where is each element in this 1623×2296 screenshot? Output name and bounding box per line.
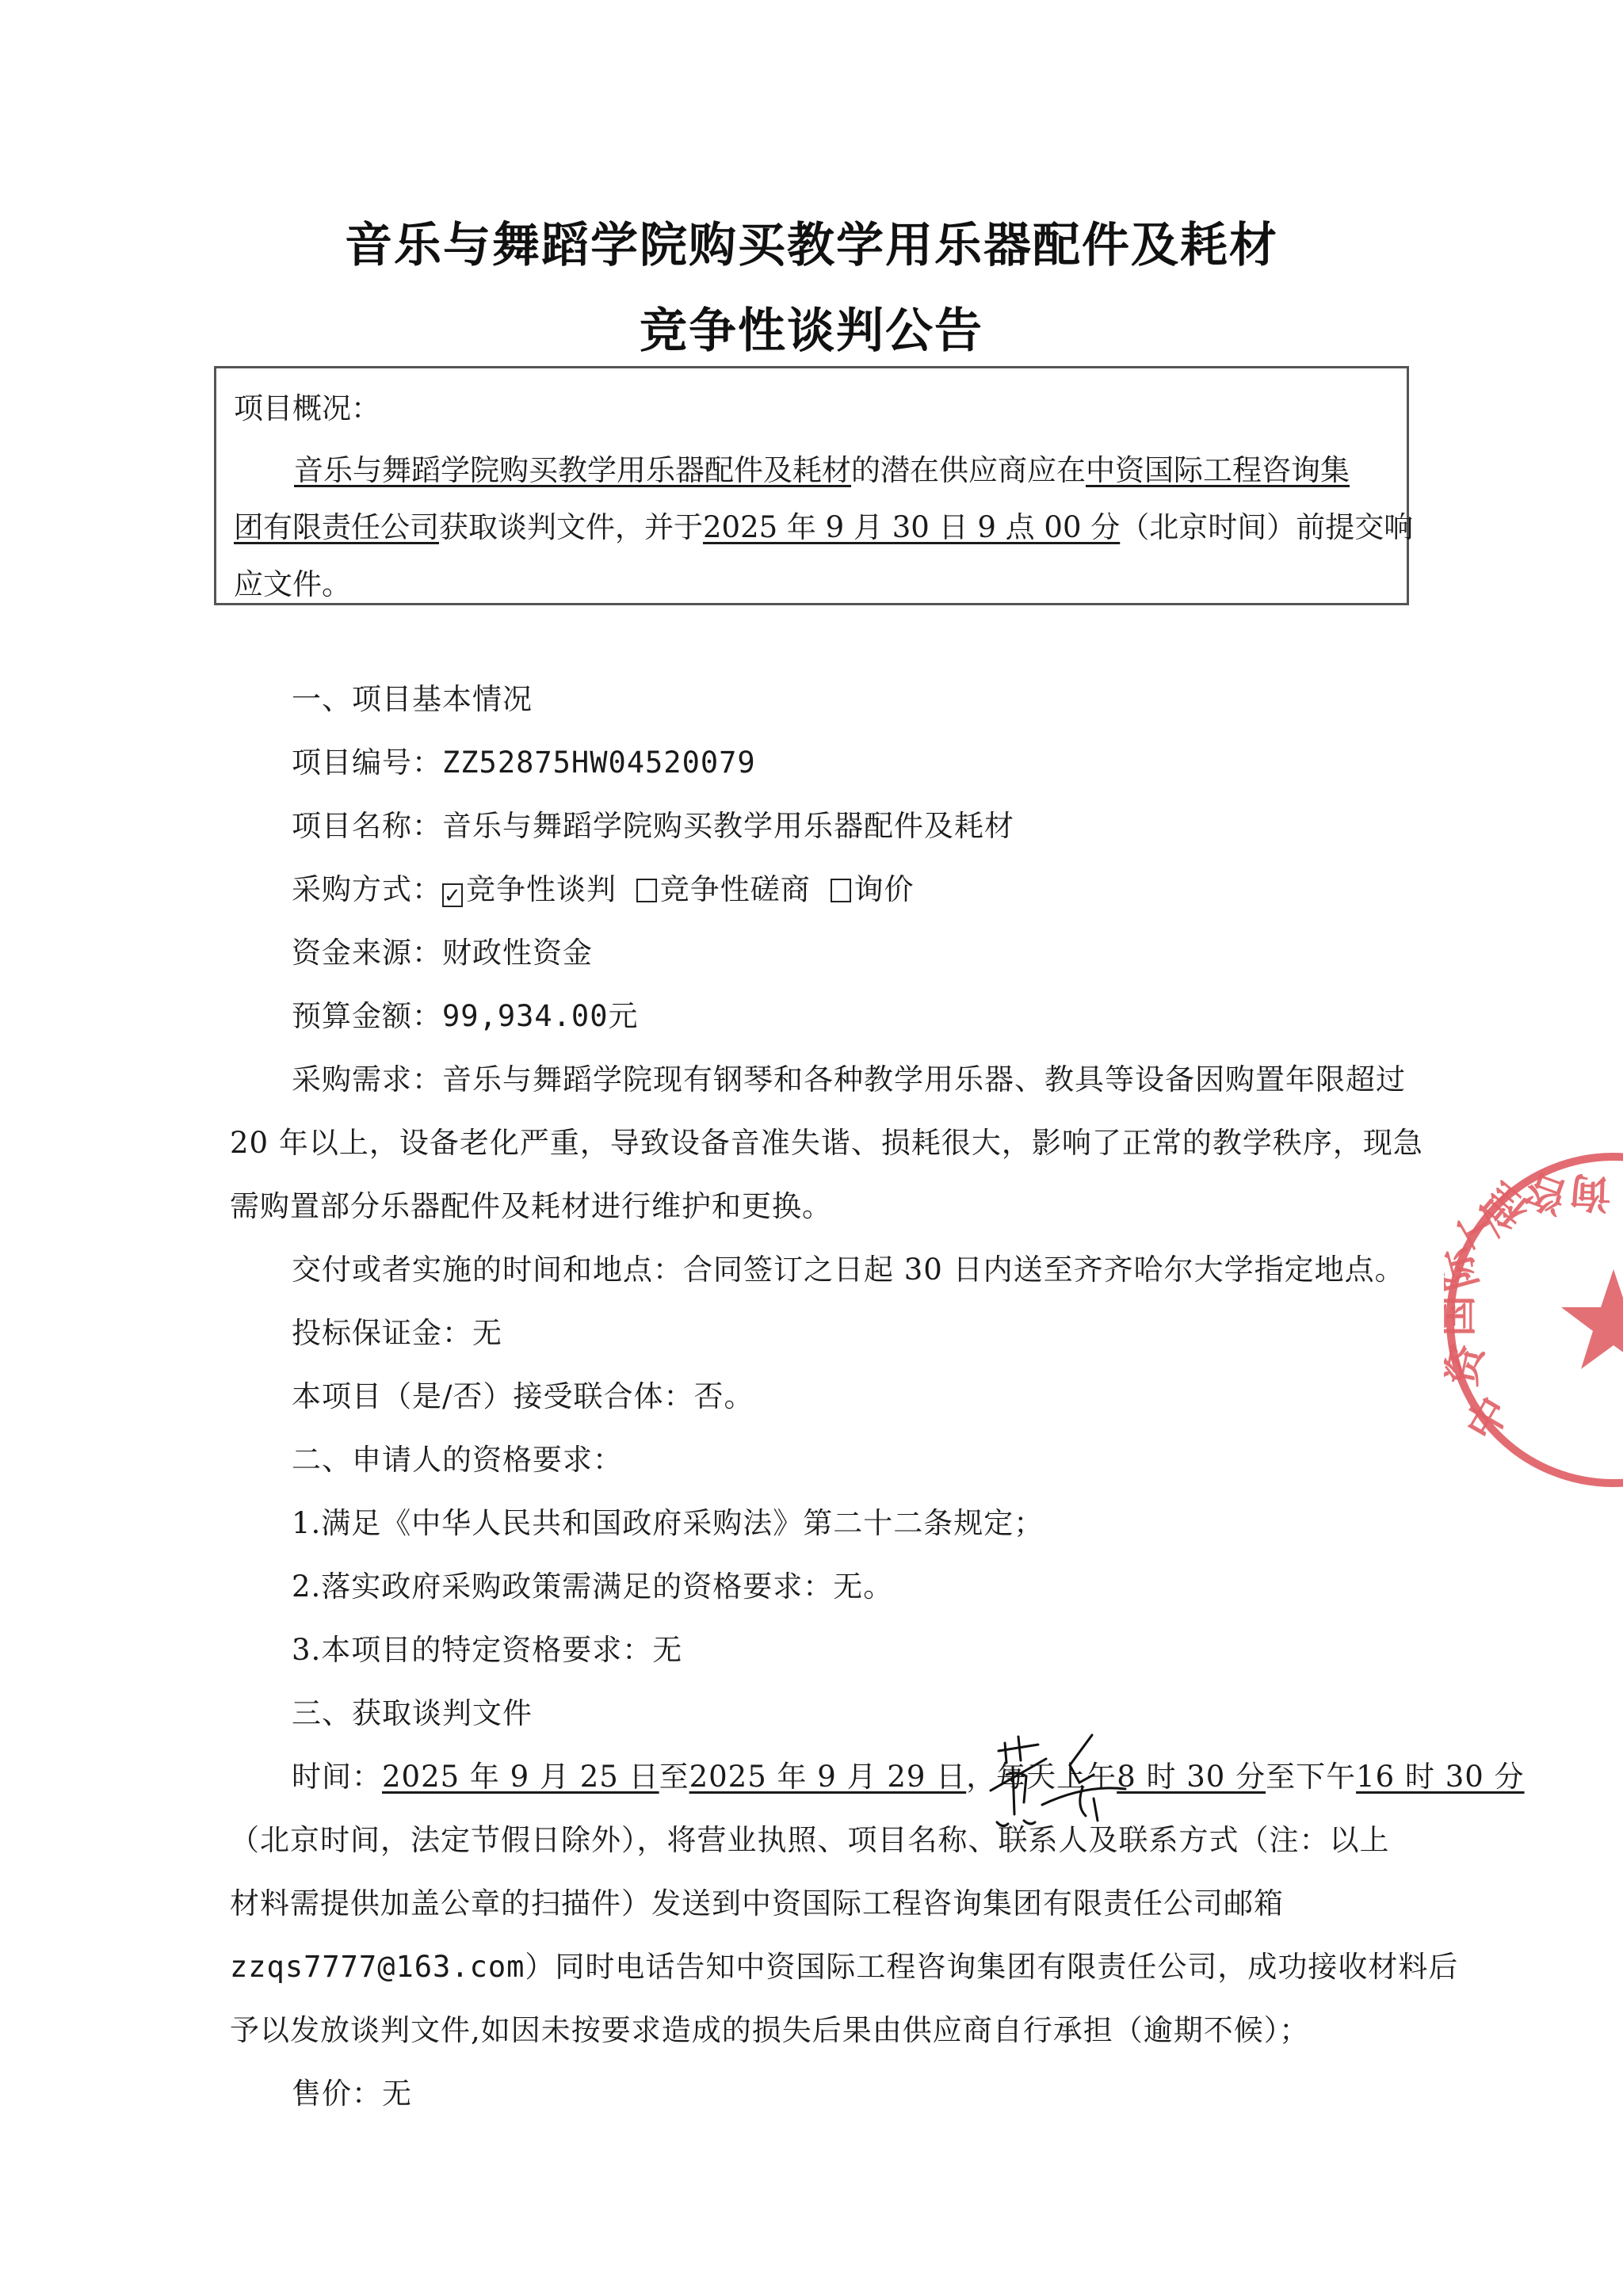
budget-label: 预算金额： [292,999,442,1033]
acquisition-line-4: zzqs7777@163.com）同时电话告知中资国际工程咨询集团有限责任公司，… [230,1943,1458,1985]
fund-source-value: 财政性资金 [442,936,593,970]
svg-text:资: 资 [1444,1339,1493,1390]
overview-line-1: 音乐与舞蹈学院购买教学用乐器配件及耗材的潜在供应商应在中资国际工程咨询集 [294,446,1350,489]
qualification-item-3: 3.本项目的特定资格要求：无 [292,1626,682,1669]
acquisition-line-3: 材料需提供加盖公章的扫描件）发送到中资国际工程咨询集团有限责任公司邮箱 [230,1879,1284,1922]
method-option-negotiation: 竞争性谈判 [466,872,617,906]
acquisition-time-row: 时间：2025 年 9 月 25 日至2025 年 9 月 29 日，每天上午8… [292,1753,1525,1795]
price-row: 售价：无 [292,2069,412,2112]
budget-unit: 元 [608,999,638,1033]
overview-line-3: 应文件。 [234,560,351,603]
date-to: 2025 年 9 月 29 日 [689,1760,967,1794]
qualification-item-1: 1.满足《中华人民共和国政府采购法》第二十二条规定； [292,1499,1044,1542]
qualification-item-2: 2.落实政府采购政策需满足的资格要求：无。 [292,1562,893,1605]
section2-heading: 二、申请人的资格要求： [292,1436,623,1478]
overview-text: 获取谈判文件，并于 [439,510,703,544]
procurement-method-row: 采购方式：✓竞争性谈判 竞争性磋商 询价 [292,865,915,908]
section3-heading: 三、获取谈判文件 [292,1689,533,1732]
handwritten-signature-icon [983,1727,1141,1838]
method-option-consultation: 竞争性磋商 [660,872,811,906]
overview-agency-cont: 团有限责任公司 [234,510,439,544]
overview-text: 的潜在供应商应在 [851,453,1086,487]
project-name-value: 音乐与舞蹈学院购买教学用乐器配件及耗材 [442,809,1014,843]
fund-source-label: 资金来源： [292,936,442,970]
acquisition-line-2: （北京时间，法定节假日除外），将营业执照、项目名称、联系人及联系方式（注：以上 [230,1816,1390,1859]
checkbox-checked-icon: ✓ [442,883,463,907]
requirement-line-2: 20 年以上，设备老化严重，导致设备音准失谐、损耗很大，影响了正常的教学秩序，现… [230,1119,1423,1161]
checkbox-empty-icon [636,879,657,902]
project-number-row: 项目编号：ZZ52875HW04520079 [292,738,756,781]
consortium-row: 本项目（是/否）接受联合体：否。 [292,1372,754,1415]
procurement-method-label: 采购方式： [292,872,442,906]
overview-text: （北京时间）前提交响 [1120,510,1413,544]
budget-row: 预算金额：99,934.00元 [292,992,638,1035]
svg-text:询: 询 [1569,1167,1612,1216]
date-from: 2025 年 9 月 25 日 [382,1760,659,1794]
overview-deadline: 2025 年 9 月 30 日 9 点 00 分 [703,510,1120,544]
fund-source-row: 资金来源：财政性资金 [292,929,593,971]
overview-agency: 中资国际工程咨询集 [1086,453,1350,487]
company-seal-icon: 中 资 国 际 工 程 咨 询 [1444,1150,1623,1489]
requirement-line-1: 采购需求：音乐与舞蹈学院现有钢琴和各种教学用乐器、教具等设备因购置年限超过 [292,1055,1406,1098]
svg-text:咨: 咨 [1519,1163,1574,1222]
delivery-row: 交付或者实施的时间和地点：合同签订之日起 30 日内送至齐齐哈尔大学指定地点。 [292,1245,1405,1288]
budget-value: 99,934.00 [442,999,608,1033]
acquisition-text: ）同时电话告知中资国际工程咨询集团有限责任公司，成功接收材料后 [525,1950,1458,1984]
section1-heading: 一、项目基本情况 [292,675,533,718]
checkbox-empty-icon [831,879,851,902]
project-name-row: 项目名称：音乐与舞蹈学院购买教学用乐器配件及耗材 [292,802,1014,845]
overview-box: 项目概况： 音乐与舞蹈学院购买教学用乐器配件及耗材的潜在供应商应在中资国际工程咨… [214,366,1409,605]
time-text: 至 [659,1760,689,1794]
overview-line-2: 团有限责任公司获取谈判文件，并于2025 年 9 月 30 日 9 点 00 分… [234,503,1413,546]
pm-time: 16 时 30 分 [1356,1760,1524,1794]
document-title: 音乐与舞蹈学院购买教学用乐器配件及耗材 [0,208,1623,276]
svg-text:国: 国 [1444,1295,1481,1337]
overview-project-name: 音乐与舞蹈学院购买教学用乐器配件及耗材 [294,453,851,487]
document-subtitle: 竞争性谈判公告 [0,293,1623,361]
project-name-label: 项目名称： [292,809,442,843]
acquisition-line-5: 予以发放谈判文件,如因未按要求造成的损失后果由供应商自行承担（逾期不候）； [230,2006,1309,2049]
deposit-row: 投标保证金：无 [292,1309,502,1352]
requirement-line-3: 需购置部分乐器配件及耗材进行维护和更换。 [230,1182,832,1225]
project-number-value: ZZ52875HW04520079 [442,746,756,780]
method-option-inquiry: 询价 [854,872,915,906]
project-number-label: 项目编号： [292,746,442,780]
overview-heading: 项目概况： [234,384,380,427]
contact-email: zzqs7777@163.com [230,1950,525,1984]
time-text: 至下午 [1266,1760,1356,1794]
time-label: 时间： [292,1760,382,1794]
